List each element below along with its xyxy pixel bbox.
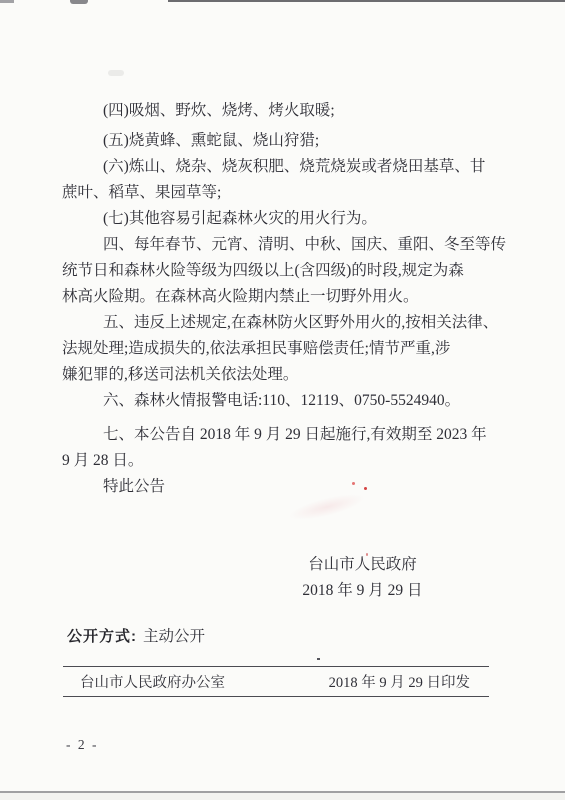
body-line: (七)其他容易引起森林火灾的用火行为。: [62, 206, 532, 232]
page-number: - 2 -: [66, 737, 99, 753]
body-line: 五、违反上述规定,在森林防火区野外用火的,按相关法律、: [62, 310, 532, 336]
body-line: 法规处理;造成损失的,依法承担民事赔偿责任;情节严重,涉: [62, 336, 532, 362]
body-line: 六、森林火情报警电话:110、12119、0750-5524940。: [62, 388, 532, 414]
body-line: (五)烧黄蜂、熏蛇鼠、烧山狩猎;: [62, 128, 532, 154]
body-line: 蔗叶、稻草、果园草等;: [62, 180, 532, 206]
disclosure-label: 公开方式:: [67, 628, 137, 645]
disclosure-value: 主动公开: [143, 628, 205, 645]
ink-smudge: [108, 70, 124, 76]
body-line: 嫌犯罪的,移送司法机关依法处理。: [62, 362, 532, 388]
body-line: 9 月 28 日。: [62, 448, 532, 474]
scan-edge-bottom-shade: [0, 793, 565, 800]
body-text: (四)吸烟、野炊、烧烤、烤火取暖; (五)烧黄蜂、熏蛇鼠、烧山狩猎; (六)炼山…: [62, 98, 532, 500]
scanned-document-page: (四)吸烟、野炊、烧烤、烤火取暖; (五)烧黄蜂、熏蛇鼠、烧山狩猎; (六)炼山…: [0, 0, 565, 800]
body-line: 七、本公告自 2018 年 9 月 29 日起施行,有效期至 2023 年: [62, 422, 532, 448]
imprint-print-date: 2018 年 9 月 29 日印发: [329, 671, 470, 692]
signature-date: 2018 年 9 月 29 日: [255, 578, 470, 604]
closing-phrase: 特此公告: [62, 474, 532, 500]
scan-edge-blob: [0, 0, 14, 3]
body-line: 统节日和森林火险等级为四级以上(含四级)的时段,规定为森: [62, 258, 532, 284]
body-line: 林高火险期。在森林高火险期内禁止一切野外用火。: [62, 284, 532, 310]
scan-edge-top: [168, 0, 565, 2]
scan-edge-blob: [70, 0, 88, 4]
signature-organization: 台山市人民政府: [255, 552, 470, 578]
signature-block: 台山市人民政府 2018 年 9 月 29 日: [255, 552, 470, 604]
body-line: (六)炼山、烧杂、烧灰积肥、烧荒烧炭或者烧田基草、甘: [62, 154, 532, 180]
imprint-office: 台山市人民政府办公室: [80, 671, 225, 692]
body-line: 四、每年春节、元宵、清明、中秋、国庆、重阳、冬至等传: [62, 232, 532, 258]
body-line: (四)吸烟、野炊、烧烤、烤火取暖;: [62, 98, 532, 124]
disclosure-line: 公开方式:主动公开: [67, 624, 205, 646]
ink-speck: [317, 658, 320, 660]
imprint-table: 台山市人民政府办公室 2018 年 9 月 29 日印发: [63, 666, 489, 697]
